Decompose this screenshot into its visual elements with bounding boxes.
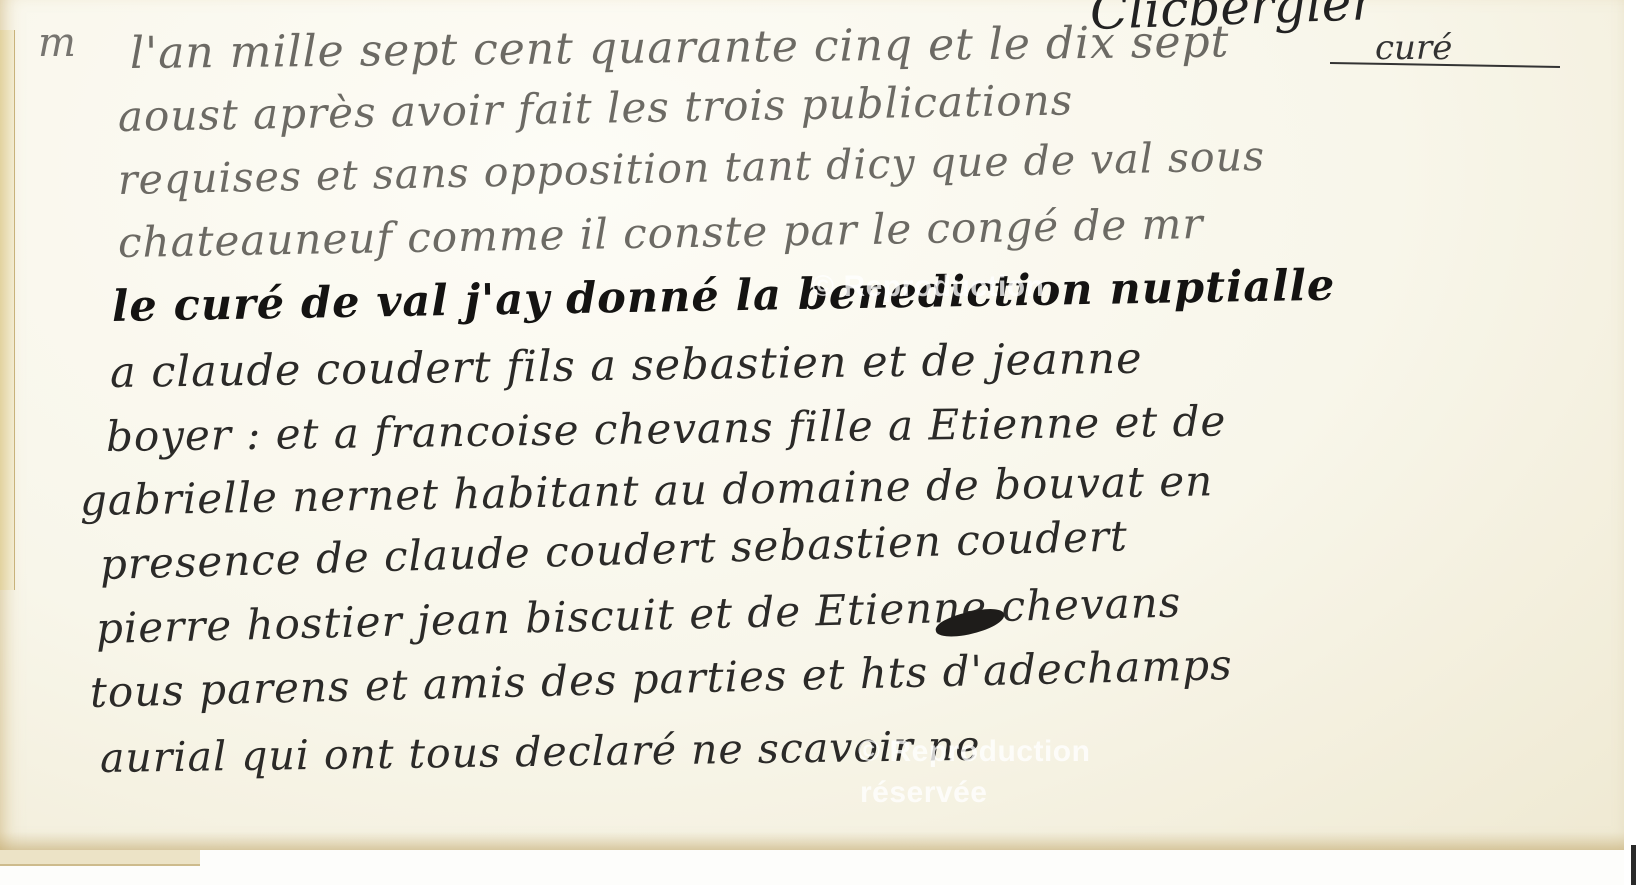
margin-annotation: m <box>38 20 76 66</box>
manuscript-page: m Clicbergier curé l'an mille sept cent … <box>0 0 1642 885</box>
scan-right-border <box>1624 0 1642 885</box>
scan-edge-marker <box>1631 845 1636 885</box>
paper-left-edge <box>0 30 15 590</box>
paper-torn-bottom-edge <box>0 850 1642 885</box>
